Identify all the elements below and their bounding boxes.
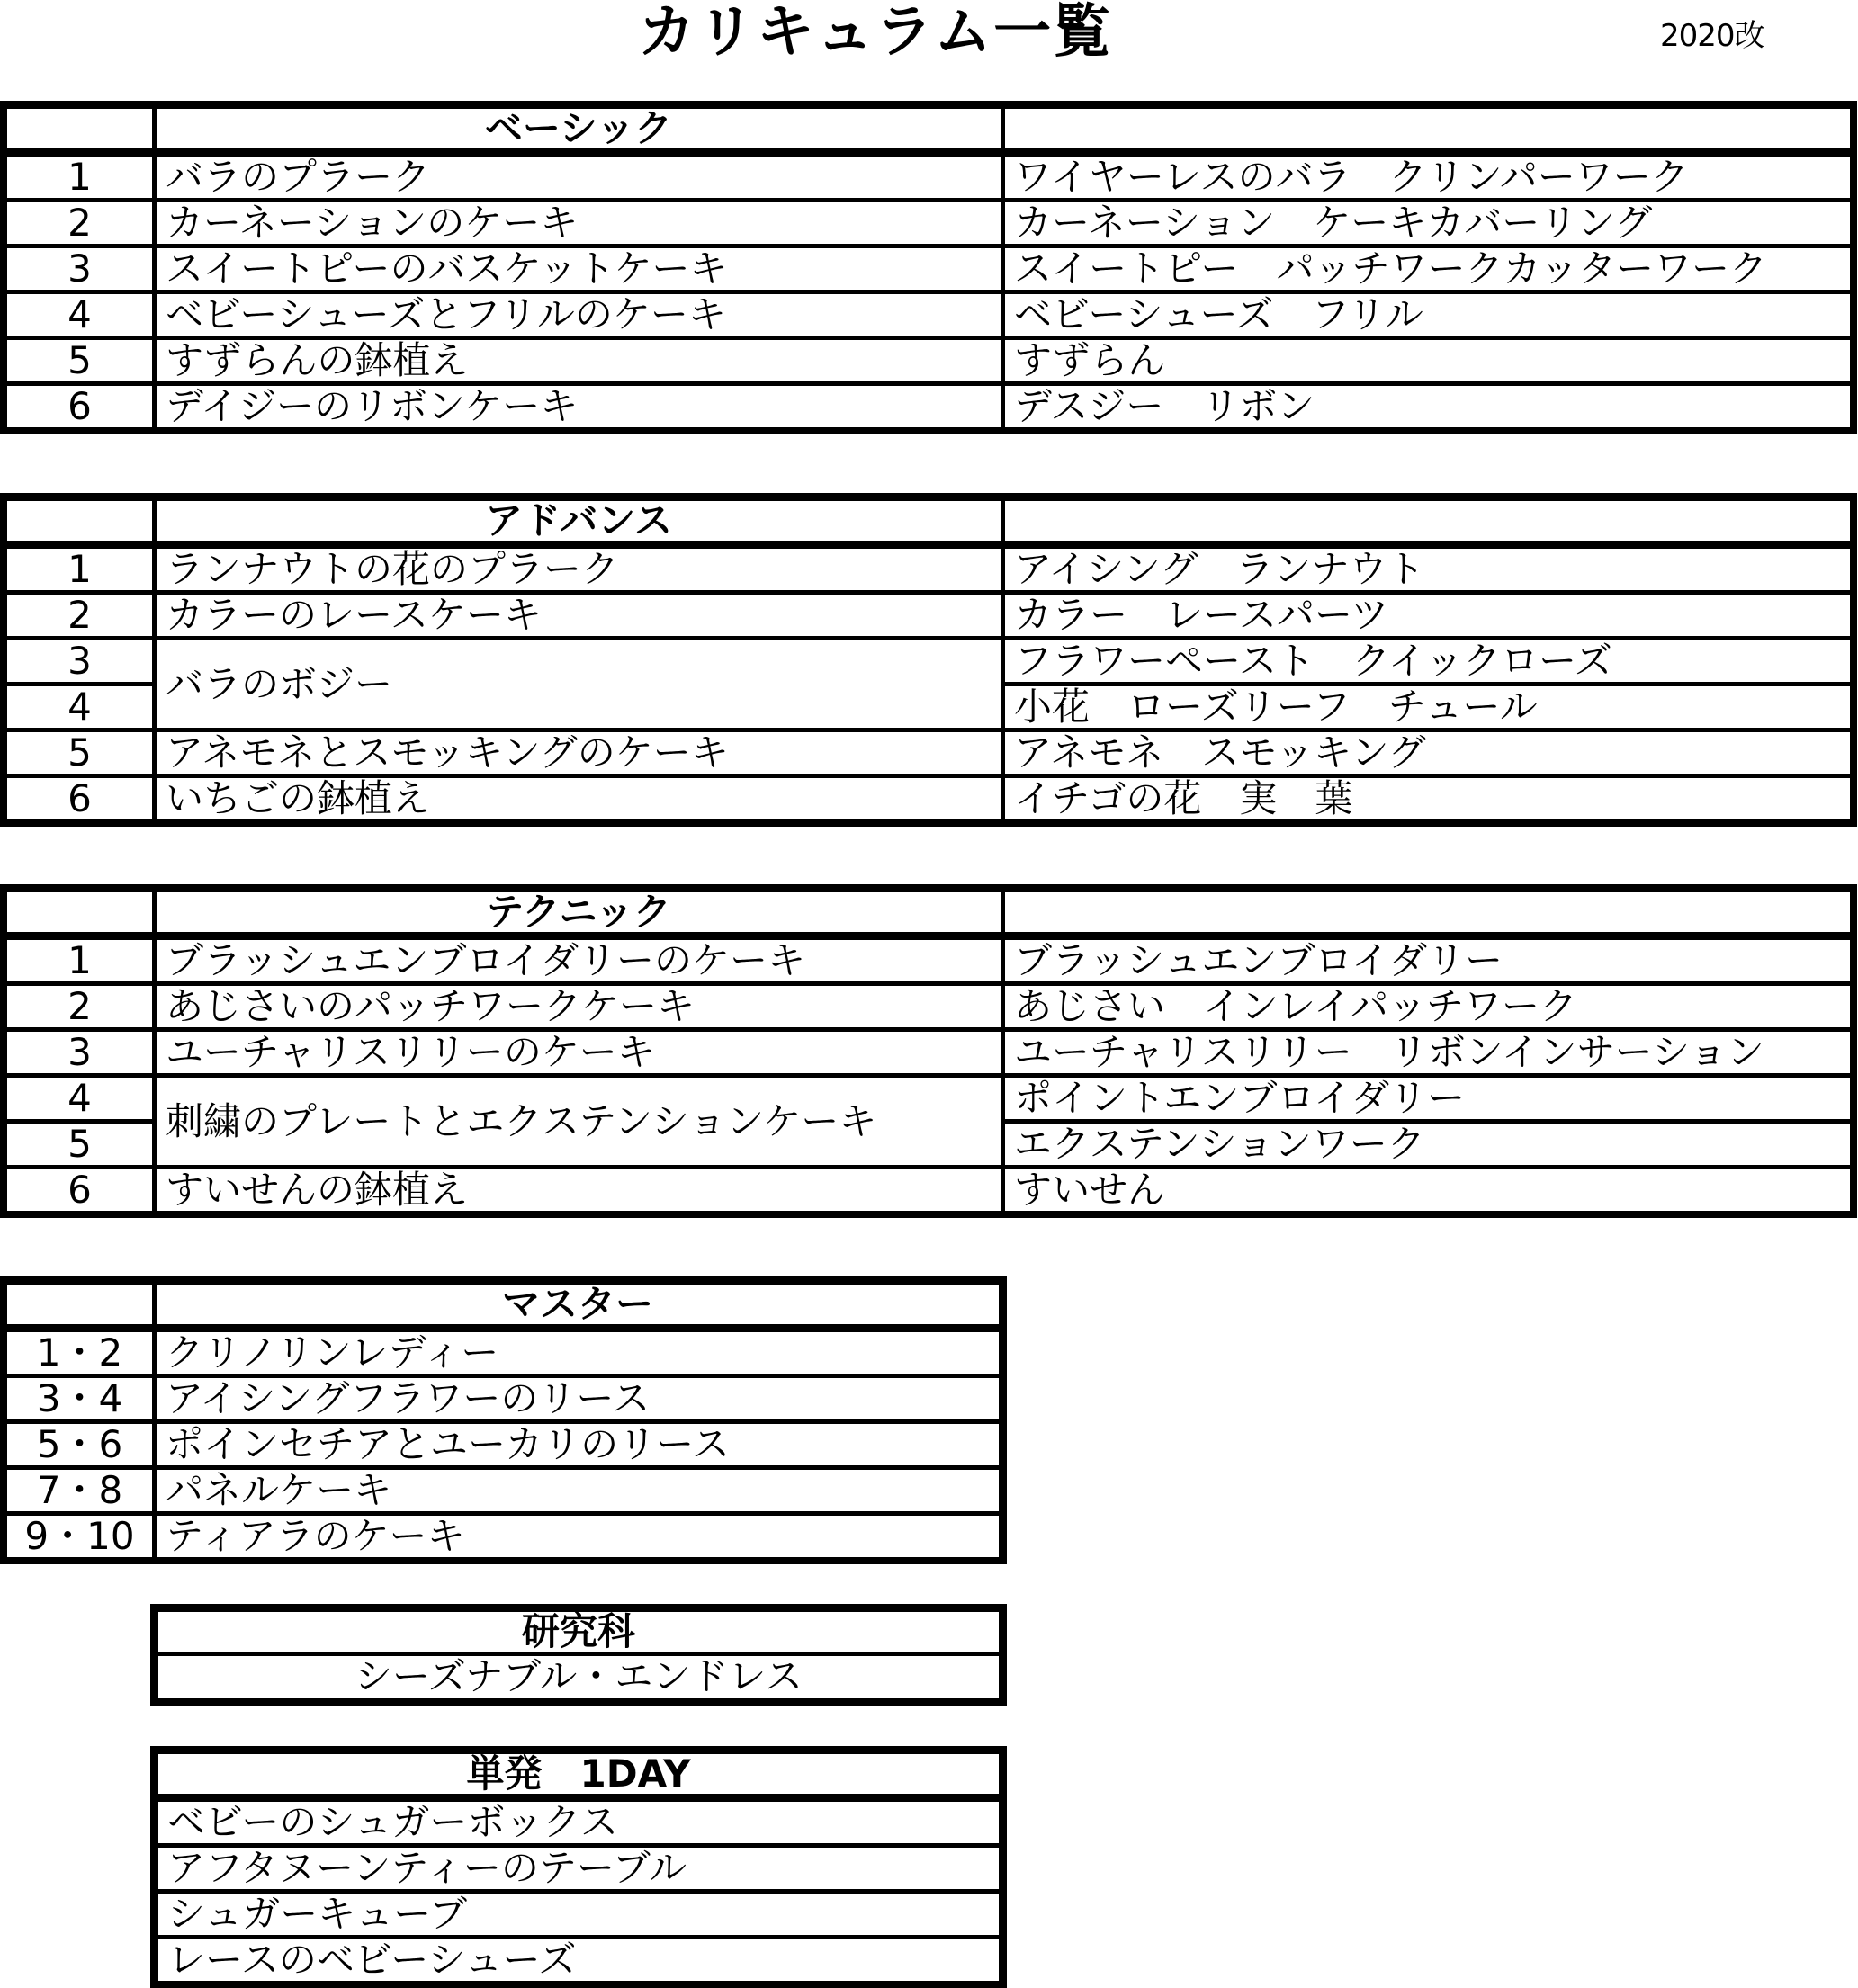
lesson-technique: アイシング ランナウト: [1005, 549, 1850, 590]
lesson-technique: ベビーシューズ フリル: [1005, 294, 1850, 336]
header-technique-cell: [1005, 892, 1850, 932]
lesson-name: カーネーションのケーキ: [157, 202, 1001, 244]
lesson-name: バラのプラーク: [157, 157, 1001, 198]
lesson-number: 2: [7, 202, 152, 244]
lesson-number: 6: [7, 1169, 152, 1211]
lesson-technique: スイートピー パッチワークカッターワーク: [1005, 248, 1850, 290]
oneday-item: ベビーのシュガーボックス: [158, 1802, 999, 1843]
lesson-number: 2: [7, 986, 152, 1027]
lesson-number: 1: [7, 549, 152, 590]
header-number-cell: [7, 109, 152, 148]
advance-course-table: アドバンス 1 ランナウトの花のプラーク アイシング ランナウト 2 カラーのレ…: [0, 493, 1857, 827]
header-number-cell: [7, 892, 152, 932]
header-technique-cell: [1005, 501, 1850, 541]
lesson-number: 3: [7, 1032, 152, 1073]
lesson-technique: カラー レースパーツ: [1005, 595, 1850, 636]
lesson-name: ベビーシューズとフリルのケーキ: [157, 294, 1001, 336]
lesson-technique: あじさい インレイパッチワーク: [1005, 986, 1850, 1027]
lesson-number: 5・6: [7, 1424, 152, 1465]
lesson-number: 6: [7, 386, 152, 427]
lesson-name: ティアラのケーキ: [157, 1516, 999, 1557]
page-title: カリキュラム一覧: [630, 0, 1120, 65]
lesson-number: 3: [7, 248, 152, 290]
lesson-technique: すずらん: [1005, 340, 1850, 381]
basic-course-title: ベーシック: [157, 109, 1001, 148]
lesson-number: 5: [7, 340, 152, 381]
research-course-title: 研究科: [158, 1612, 999, 1652]
lesson-name: パネルケーキ: [157, 1470, 999, 1511]
research-course-item: シーズナブル・エンドレス: [158, 1656, 999, 1698]
master-course-table: マスター 1・2 クリノリンレディー 3・4 アイシングフラワーのリース 5・6…: [0, 1276, 1007, 1564]
lesson-number: 7・8: [7, 1470, 152, 1511]
basic-course-table: ベーシック 1 バラのプラーク ワイヤーレスのバラ クリンパーワーク 2 カーネ…: [0, 101, 1857, 434]
lesson-number: 4: [7, 294, 152, 336]
lesson-technique: ブラッシュエンブロイダリー: [1005, 940, 1850, 981]
lesson-name: アイシングフラワーのリース: [157, 1378, 999, 1419]
lesson-number: 9・10: [7, 1516, 152, 1557]
lesson-name-merged: 刺繍のプレートとエクステンションケーキ: [157, 1078, 1001, 1165]
lesson-technique: イチゴの花 実 葉: [1005, 778, 1850, 819]
lesson-technique: デスジー リボン: [1005, 386, 1850, 427]
lesson-name: クリノリンレディー: [157, 1332, 999, 1374]
advance-course-title: アドバンス: [157, 501, 1001, 541]
research-course-table: 研究科 シーズナブル・エンドレス: [150, 1604, 1007, 1706]
oneday-course-title: 単発 1DAY: [158, 1754, 999, 1794]
header-number-cell: [7, 1285, 152, 1324]
oneday-item: レースのベビーシューズ: [158, 1939, 999, 1981]
lesson-number: 5: [7, 1124, 152, 1165]
lesson-name: アネモネとスモッキングのケーキ: [157, 732, 1001, 774]
lesson-technique: エクステンションワーク: [1005, 1124, 1850, 1165]
header-number-cell: [7, 501, 152, 541]
lesson-name: すずらんの鉢植え: [157, 340, 1001, 381]
lesson-number: 6: [7, 778, 152, 819]
lesson-name: カラーのレースケーキ: [157, 595, 1001, 636]
lesson-technique: ポイントエンブロイダリー: [1005, 1078, 1850, 1119]
lesson-number: 2: [7, 595, 152, 636]
lesson-name-merged: バラのボジー: [157, 640, 1001, 728]
lesson-name: いちごの鉢植え: [157, 778, 1001, 819]
lesson-name: ポインセチアとユーカリのリース: [157, 1424, 999, 1465]
oneday-item: アフタヌーンティーのテーブル: [158, 1848, 999, 1889]
lesson-number: 3・4: [7, 1378, 152, 1419]
lesson-number: 3: [7, 640, 152, 682]
lesson-name: すいせんの鉢植え: [157, 1169, 1001, 1211]
lesson-number: 1: [7, 157, 152, 198]
lesson-name: デイジーのリボンケーキ: [157, 386, 1001, 427]
lesson-number: 4: [7, 686, 152, 728]
lesson-technique: すいせん: [1005, 1169, 1850, 1211]
lesson-name: あじさいのパッチワークケーキ: [157, 986, 1001, 1027]
lesson-technique: ワイヤーレスのバラ クリンパーワーク: [1005, 157, 1850, 198]
lesson-number: 4: [7, 1078, 152, 1119]
revision-label: 2020改: [1660, 16, 1786, 56]
lesson-number: 1・2: [7, 1332, 152, 1374]
lesson-technique: 小花 ローズリーフ チュール: [1005, 686, 1850, 728]
lesson-name: ブラッシュエンブロイダリーのケーキ: [157, 940, 1001, 981]
technique-course-table: テクニック 1 ブラッシュエンブロイダリーのケーキ ブラッシュエンブロイダリー …: [0, 884, 1857, 1218]
lesson-technique: アネモネ スモッキング: [1005, 732, 1850, 774]
header-technique-cell: [1005, 109, 1850, 148]
oneday-course-table: 単発 1DAY ベビーのシュガーボックス アフタヌーンティーのテーブル シュガー…: [150, 1746, 1007, 1988]
oneday-item: シュガーキューブ: [158, 1894, 999, 1935]
lesson-number: 1: [7, 940, 152, 981]
lesson-technique: ユーチャリスリリー リボンインサーション: [1005, 1032, 1850, 1073]
lesson-name: スイートピーのバスケットケーキ: [157, 248, 1001, 290]
lesson-name: ランナウトの花のプラーク: [157, 549, 1001, 590]
lesson-technique: カーネーション ケーキカバーリング: [1005, 202, 1850, 244]
technique-course-title: テクニック: [157, 892, 1001, 932]
lesson-technique: フラワーペースト クイックローズ: [1005, 640, 1850, 682]
lesson-number: 5: [7, 732, 152, 774]
lesson-name: ユーチャリスリリーのケーキ: [157, 1032, 1001, 1073]
master-course-title: マスター: [157, 1285, 999, 1324]
